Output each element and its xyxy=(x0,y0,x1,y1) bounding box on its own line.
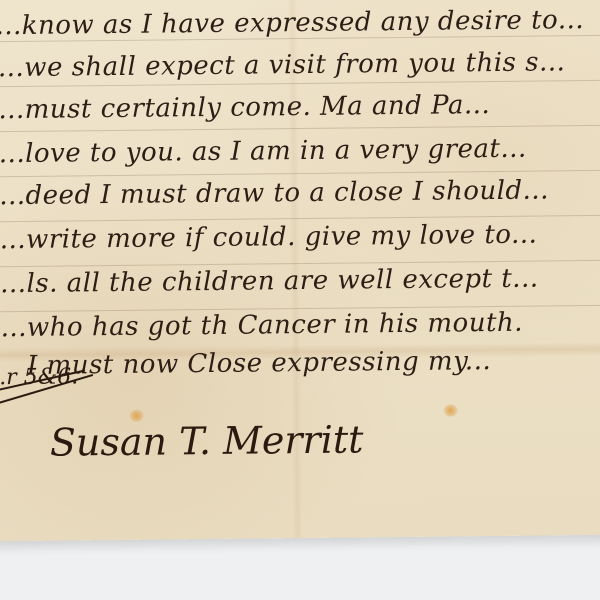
foxing-stain xyxy=(443,404,457,416)
signature: Susan T. Merritt xyxy=(50,417,364,464)
letter-paper: ...know as I have expressed any desire t… xyxy=(0,0,600,541)
letter-line: ...know as I have expressed any desire t… xyxy=(0,5,584,41)
ruled-line xyxy=(0,125,600,132)
letter-line: ...love to you. as I am in a very great.… xyxy=(0,134,527,170)
letter-line: ...we shall expect a visit from you this… xyxy=(0,47,565,83)
letter-line: ...must certainly come. Ma and Pa... xyxy=(0,90,490,125)
letter-line: ...ls. all the children are well except … xyxy=(0,264,539,300)
letter-line: ...deed I must draw to a close I should.… xyxy=(0,175,549,211)
letter-line: ...who has got th Cancer in his mouth. xyxy=(0,308,523,343)
letter-line: ...write more if could. give my love to.… xyxy=(0,220,537,256)
letter-line: I must now Close expressing my... xyxy=(27,346,491,381)
